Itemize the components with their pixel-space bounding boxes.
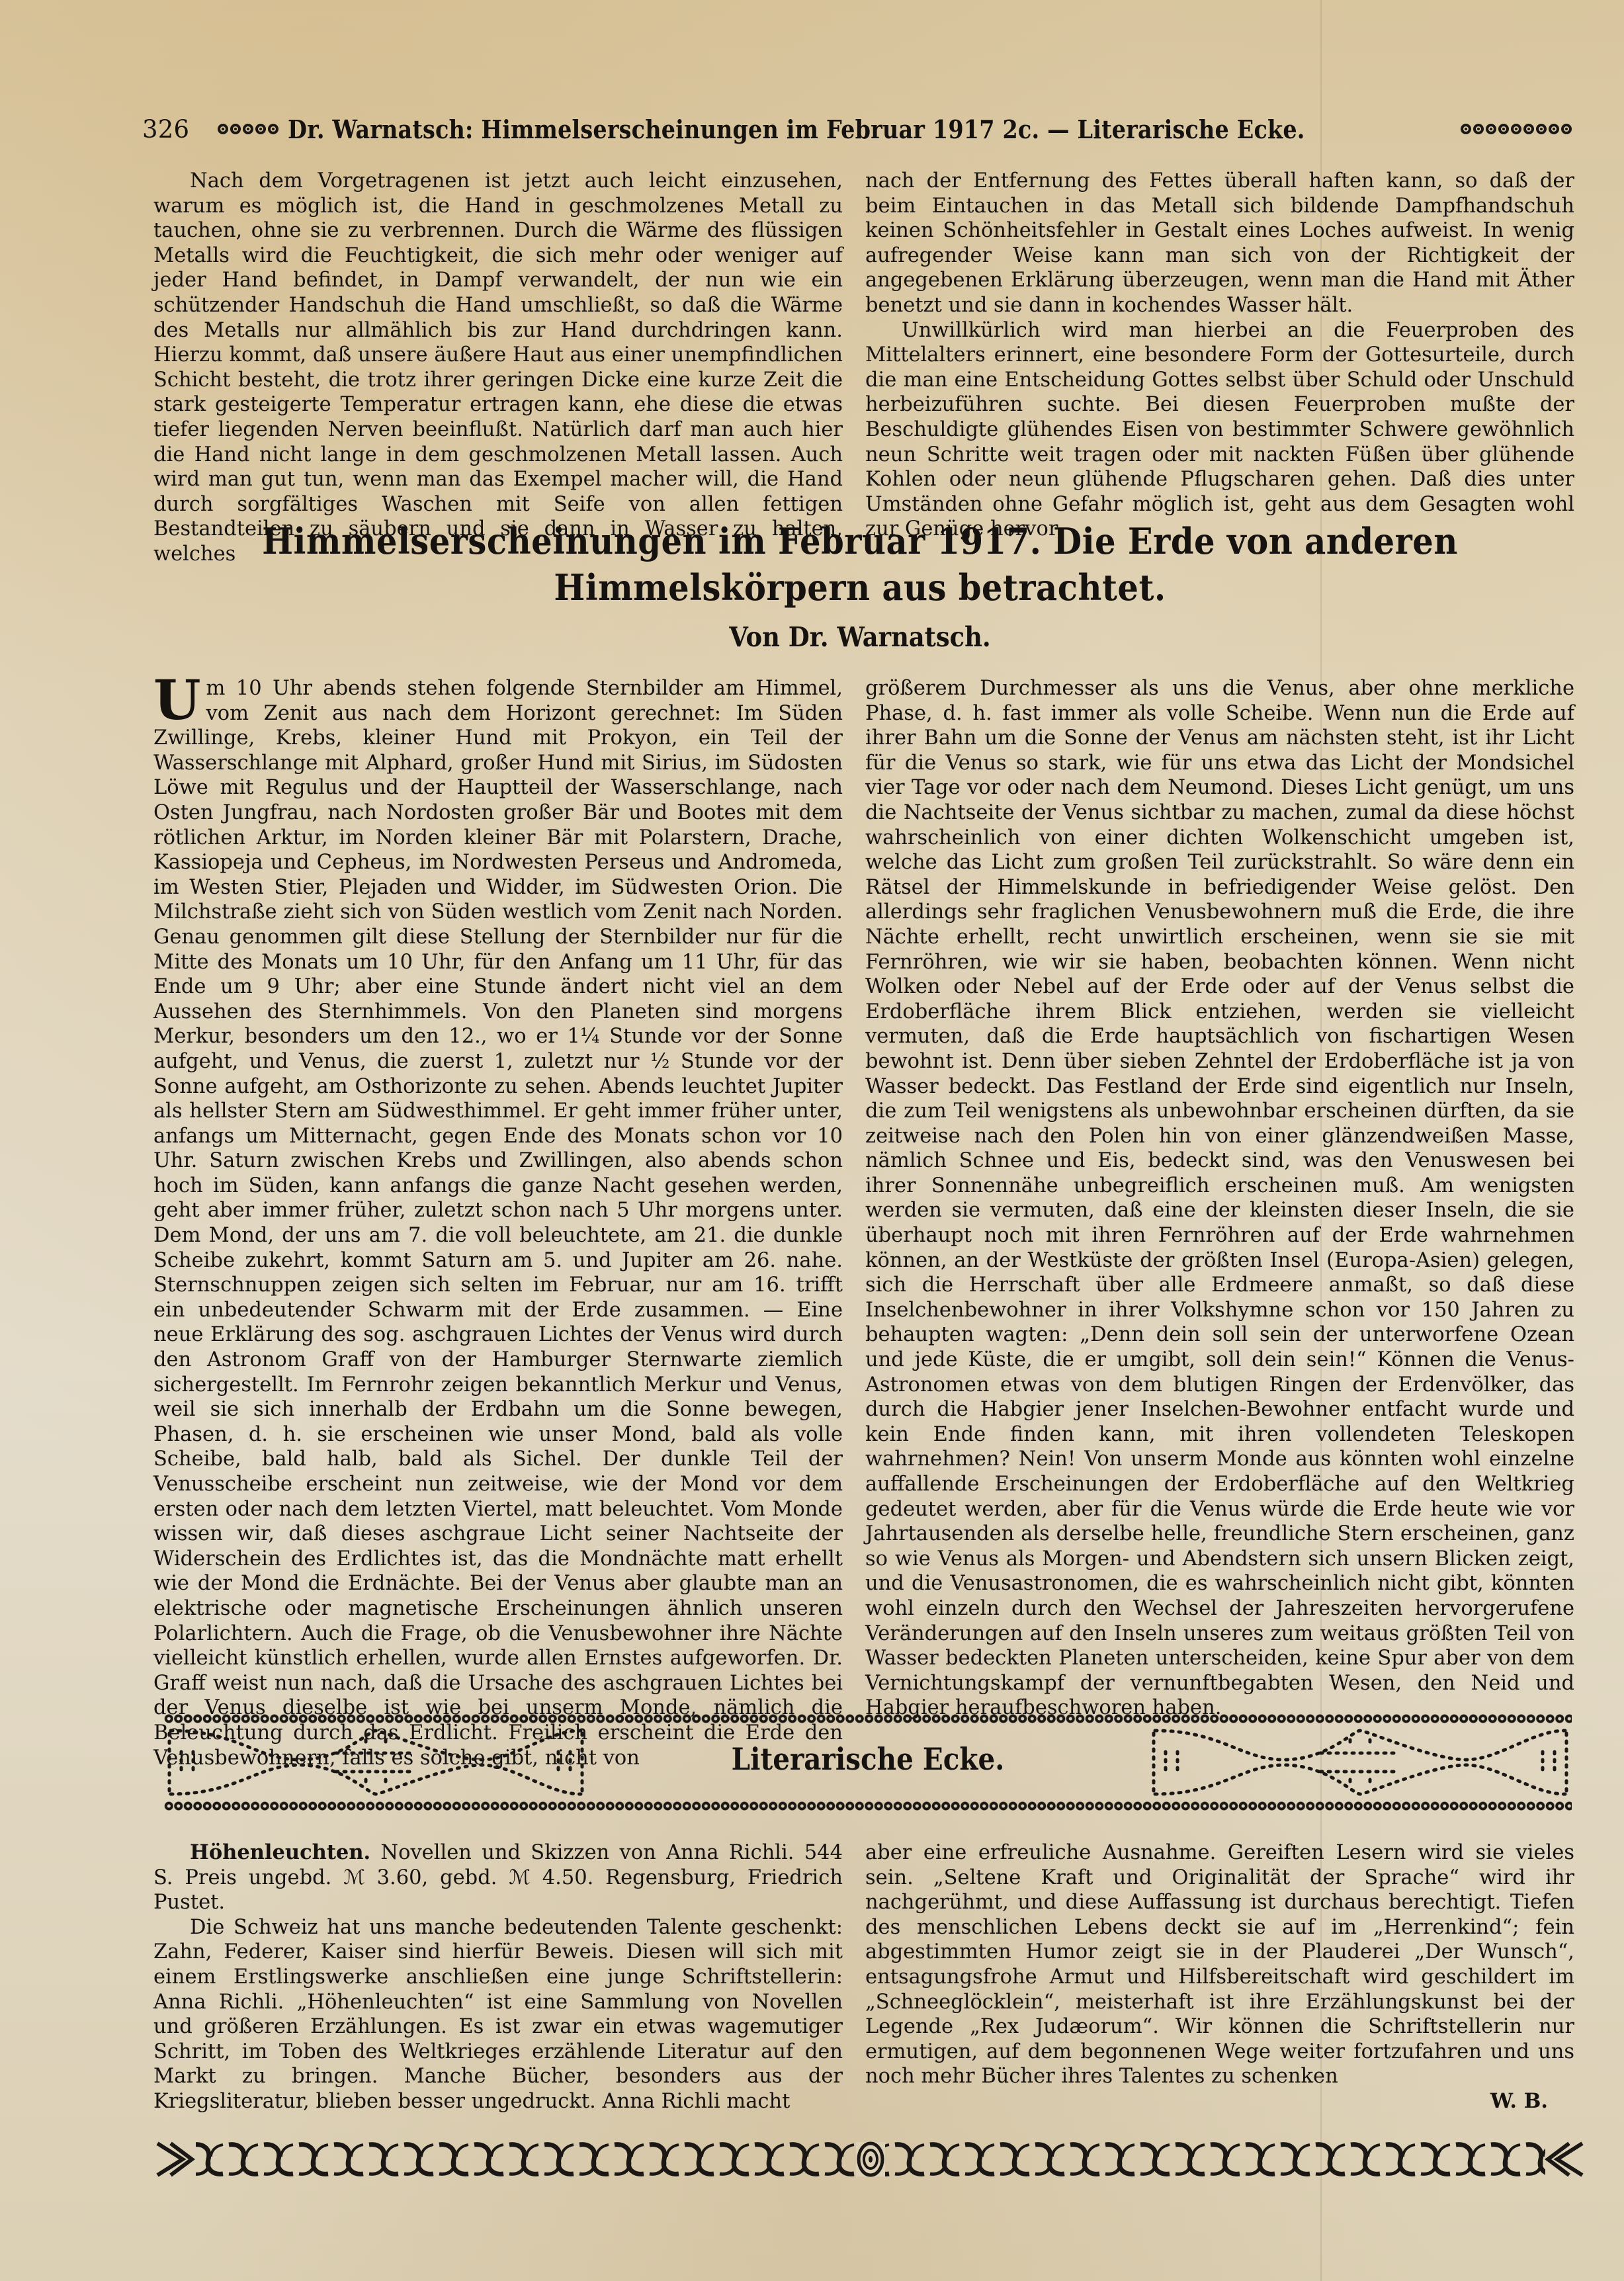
paragraph: aber eine erfreuliche Ausnahme. Gereifte… <box>865 1840 1574 2089</box>
paragraph: größerem Durchmesser als uns die Venus, … <box>865 676 1574 1721</box>
top-right-column: nach der Entfernung des Fettes überall h… <box>865 169 1574 542</box>
article-header: Himmelserscheinungen im Februar 1917. Di… <box>139 518 1581 653</box>
footer-scroll-ornament-icon <box>156 2141 1584 2178</box>
article-title: Himmelserscheinungen im Februar 1917. Di… <box>196 518 1523 611</box>
paragraph-text: m 10 Uhr abends stehen folgende Sternbil… <box>153 677 843 1770</box>
book-title: Höhenleuchten. <box>190 1840 370 1864</box>
book-entry: Höhenleuchten. Novellen und Skizzen von … <box>153 1840 843 1915</box>
article-left-column: Um 10 Uhr abends stehen folgende Sternbi… <box>153 676 843 1770</box>
paragraph: Unwillkürlich wird man hierbei an die Fe… <box>865 318 1574 542</box>
dot-border-bottom <box>164 1801 1572 1811</box>
paragraph: Um 10 Uhr abends stehen folgende Sternbi… <box>153 676 843 1770</box>
page-number: 326 <box>142 115 208 144</box>
article-author: Von Dr. Warnatsch. <box>211 621 1509 653</box>
literary-left-column: Höhenleuchten. Novellen und Skizzen von … <box>153 1840 843 2114</box>
top-left-column: Nach dem Vorgetragenen ist jetzt auch le… <box>153 169 843 567</box>
ornament-chain-icon <box>1461 124 1572 134</box>
knot-ornament-icon <box>1148 1727 1572 1798</box>
paragraph: Die Schweiz hat uns manche bedeutenden T… <box>153 1915 843 2114</box>
drop-cap: U <box>153 677 201 724</box>
literary-right-column: aber eine erfreuliche Ausnahme. Gereifte… <box>865 1840 1574 2114</box>
paragraph: Nach dem Vorgetragenen ist jetzt auch le… <box>153 169 843 567</box>
running-header: 326 Dr. Warnatsch: Himmelserscheinungen … <box>142 109 1581 149</box>
ornament-chain-icon <box>218 124 278 134</box>
running-title: Dr. Warnatsch: Himmelserscheinungen im F… <box>288 114 1305 144</box>
dot-border-top <box>164 1713 1572 1724</box>
section-divider-band: Literarische Ecke. <box>164 1713 1572 1811</box>
review-signature: W. B. <box>865 2089 1574 2114</box>
paragraph: nach der Entfernung des Fettes überall h… <box>865 169 1574 318</box>
article-right-column: größerem Durchmesser als uns die Venus, … <box>865 676 1574 1721</box>
